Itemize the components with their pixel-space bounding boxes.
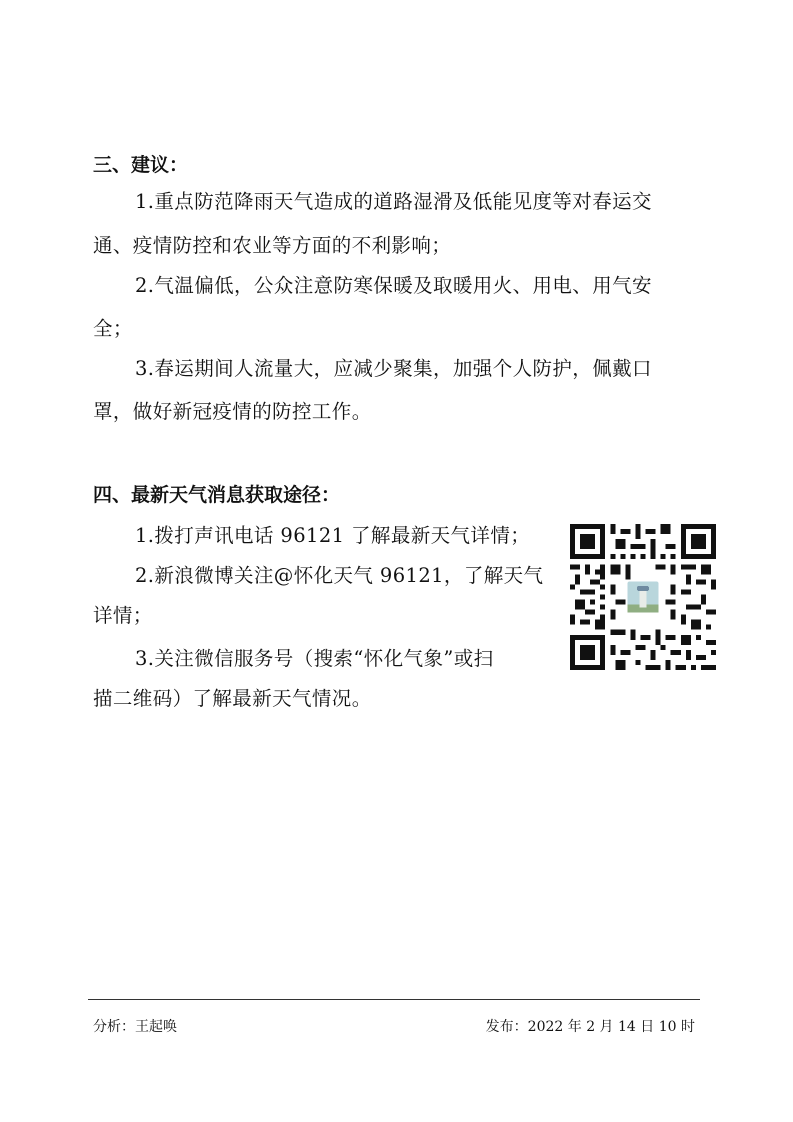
footer-analyst: 分析：王起唤 xyxy=(93,1016,177,1036)
section-4-heading: 四、最新天气消息获取途径： xyxy=(93,480,340,507)
paragraph-line: 罩，做好新冠疫情的防控工作。 xyxy=(93,396,372,424)
footer-publish-time: 发布：2022 年 2 月 14 日 10 时 xyxy=(486,1016,695,1036)
paragraph-line: 3.关注微信服务号（搜索“怀化气象”或扫 xyxy=(135,643,494,671)
paragraph-line: 2.气温偏低，公众注意防寒保暖及取暖用火、用电、用气安 xyxy=(135,270,652,298)
footer-divider xyxy=(88,999,700,1000)
paragraph-line: 1.拨打声讯电话 96121 了解最新天气详情； xyxy=(135,520,530,548)
section-3-heading: 三、建议： xyxy=(93,150,188,177)
paragraph-line: 通、疫情防控和农业等方面的不利影响； xyxy=(93,230,451,258)
paragraph-line: 描二维码）了解最新天气情况。 xyxy=(93,683,372,711)
paragraph-line: 全； xyxy=(93,313,133,341)
paragraph-line: 详情； xyxy=(93,600,153,628)
qr-code-icon xyxy=(570,524,716,670)
paragraph-line: 3.春运期间人流量大，应减少聚集，加强个人防护，佩戴口 xyxy=(135,353,652,381)
paragraph-line: 2.新浪微博关注@怀化天气 96121，了解天气 xyxy=(135,560,543,588)
wechat-qr-code xyxy=(570,524,716,670)
paragraph-line: 1.重点防范降雨天气造成的道路湿滑及低能见度等对春运交 xyxy=(135,186,652,214)
